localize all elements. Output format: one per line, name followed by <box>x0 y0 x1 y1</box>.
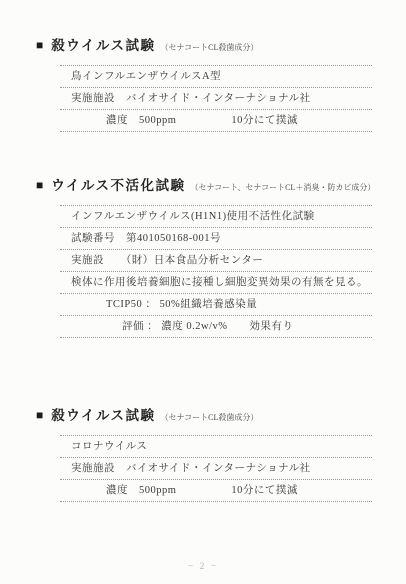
table-row: インフルエンザウイルス(H1N1)使用不活性化試験 <box>60 206 372 228</box>
section-heading: ■ウイルス不活化試験（セナコート、セナコートCL＋消臭・防カビ成分） <box>36 174 372 195</box>
table-row: 濃度 500ppm 10分にて撲滅 <box>60 480 372 502</box>
section-heading: ■殺ウイルス試験（セナコートCL殺菌成分） <box>36 34 372 55</box>
black-square-bullet-icon: ■ <box>36 408 43 423</box>
table-row: コロナウイルス <box>60 436 372 458</box>
section-virus-kill-test-1: ■殺ウイルス試験（セナコートCL殺菌成分） 鳥インフルエンザウイルスA型 実施施… <box>36 34 372 132</box>
document-page: ■殺ウイルス試験（セナコートCL殺菌成分） 鳥インフルエンザウイルスA型 実施施… <box>0 0 406 584</box>
table-row: 鳥インフルエンザウイルスA型 <box>60 66 372 88</box>
data-table: コロナウイルス 実施施設 バイオサイド・インターナショナル社 濃度 500ppm… <box>60 435 372 502</box>
black-square-bullet-icon: ■ <box>36 38 43 53</box>
section-title: 殺ウイルス試験 <box>51 38 155 53</box>
table-row: 試験番号 第401050168-001号 <box>60 228 372 250</box>
section-heading: ■殺ウイルス試験（セナコートCL殺菌成分） <box>36 404 372 425</box>
page-number: − 2 − <box>0 562 406 572</box>
section-title: 殺ウイルス試験 <box>51 408 155 423</box>
section-virus-inactivation-test: ■ウイルス不活化試験（セナコート、セナコートCL＋消臭・防カビ成分） インフルエ… <box>36 174 372 338</box>
section-title: ウイルス不活化試験 <box>51 178 185 193</box>
section-note: （セナコートCL殺菌成分） <box>160 43 258 52</box>
table-row: 実施設 （財）日本食品分析センター <box>60 250 372 272</box>
section-note: （セナコートCL殺菌成分） <box>160 413 258 422</box>
table-row: 実施施設 バイオサイド・インターナショナル社 <box>60 88 372 110</box>
black-square-bullet-icon: ■ <box>36 178 43 193</box>
table-row: 濃度 500ppm 10分にて撲滅 <box>60 110 372 132</box>
table-row: TCIP50 ： 50%組織培養感染量 <box>60 294 372 316</box>
section-virus-kill-test-2: ■殺ウイルス試験（セナコートCL殺菌成分） コロナウイルス 実施施設 バイオサイ… <box>36 404 372 502</box>
section-note: （セナコート、セナコートCL＋消臭・防カビ成分） <box>190 183 375 192</box>
table-row: 評価 ： 濃度 0.2w/v% 効果有り <box>60 316 372 338</box>
data-table: インフルエンザウイルス(H1N1)使用不活性化試験 試験番号 第40105016… <box>60 205 372 338</box>
data-table: 鳥インフルエンザウイルスA型 実施施設 バイオサイド・インターナショナル社 濃度… <box>60 65 372 132</box>
table-row: 検体に作用後培養細胞に接種し細胞変異効果の有無を見る。 <box>60 272 372 294</box>
table-row: 実施施設 バイオサイド・インターナショナル社 <box>60 458 372 480</box>
